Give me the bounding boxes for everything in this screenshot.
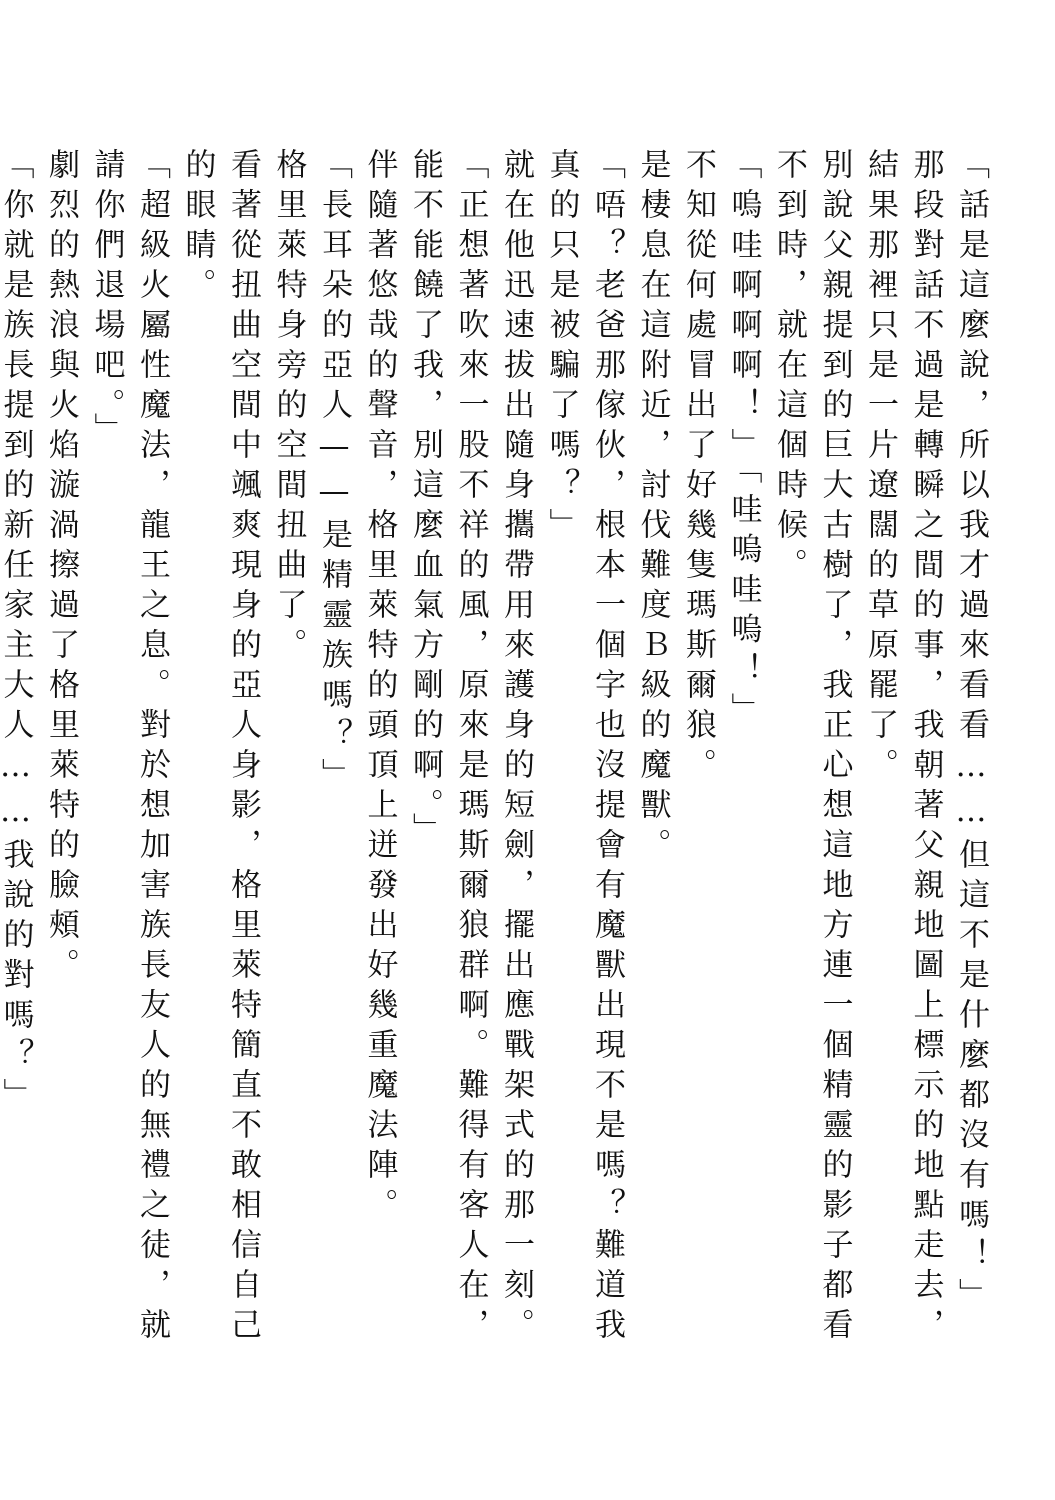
- paragraph-7: 「唔？老爸那傢伙，根本一個字也沒提會有魔獸出現不是嗎？難道我真的只是被騙了嗎？」: [538, 148, 629, 1368]
- paragraph-8: 就在他迅速拔出隨身攜帶用來護身的短劍，擺出應戰架式的那一刻。: [493, 148, 539, 1368]
- paragraph-13: 看著從扭曲空間中颯爽現身的亞人身影，格里萊特簡直不敢相信自己的眼睛。: [174, 148, 265, 1368]
- paragraph-14: 「超級火屬性魔法，龍王之息。對於想加害族長友人的無禮之徒，就請你們退場吧。」: [83, 148, 174, 1368]
- paragraph-6: 是棲息在這附近，討伐難度Ｂ級的魔獸。: [629, 148, 675, 1368]
- paragraph-2: 那段對話不過是轉瞬之間的事，我朝著父親地圖上標示的地點走去，結果那裡只是一片遼闊…: [857, 148, 948, 1368]
- paragraph-3: 別說父親提到的巨大古樹了，我正心想這地方連一個精靈的影子都看不到時，就在這個時候…: [766, 148, 857, 1368]
- paragraph-5: 不知從何處冒出了好幾隻瑪斯爾狼。: [675, 148, 721, 1368]
- paragraph-4: 「嗚哇啊啊啊！」「哇嗚哇嗚！」: [720, 148, 766, 1368]
- paragraph-1: 「話是這麼說，所以我才過來看看……但這不是什麼都沒有嗎！」: [948, 148, 994, 1368]
- vertical-text-page: 「話是這麼說，所以我才過來看看……但這不是什麼都沒有嗎！」 那段對話不過是轉瞬之…: [43, 148, 993, 1368]
- paragraph-11: 「長耳朵的亞人——是精靈族嗎？」: [311, 148, 357, 1368]
- paragraph-16: 「你就是族長提到的新任家主大人……我說的對嗎？」: [0, 148, 38, 1368]
- paragraph-10: 伴隨著悠哉的聲音，格里萊特的頭頂上迸發出好幾重魔法陣。: [356, 148, 402, 1368]
- paragraph-9: 「正想著吹來一股不祥的風，原來是瑪斯爾狼群啊。難得有客人在，能不能饒了我，別這麼…: [402, 148, 493, 1368]
- paragraph-15: 劇烈的熱浪與火焰漩渦擦過了格里萊特的臉頰。: [38, 148, 84, 1368]
- paragraph-12: 格里萊特身旁的空間扭曲了。: [265, 148, 311, 1368]
